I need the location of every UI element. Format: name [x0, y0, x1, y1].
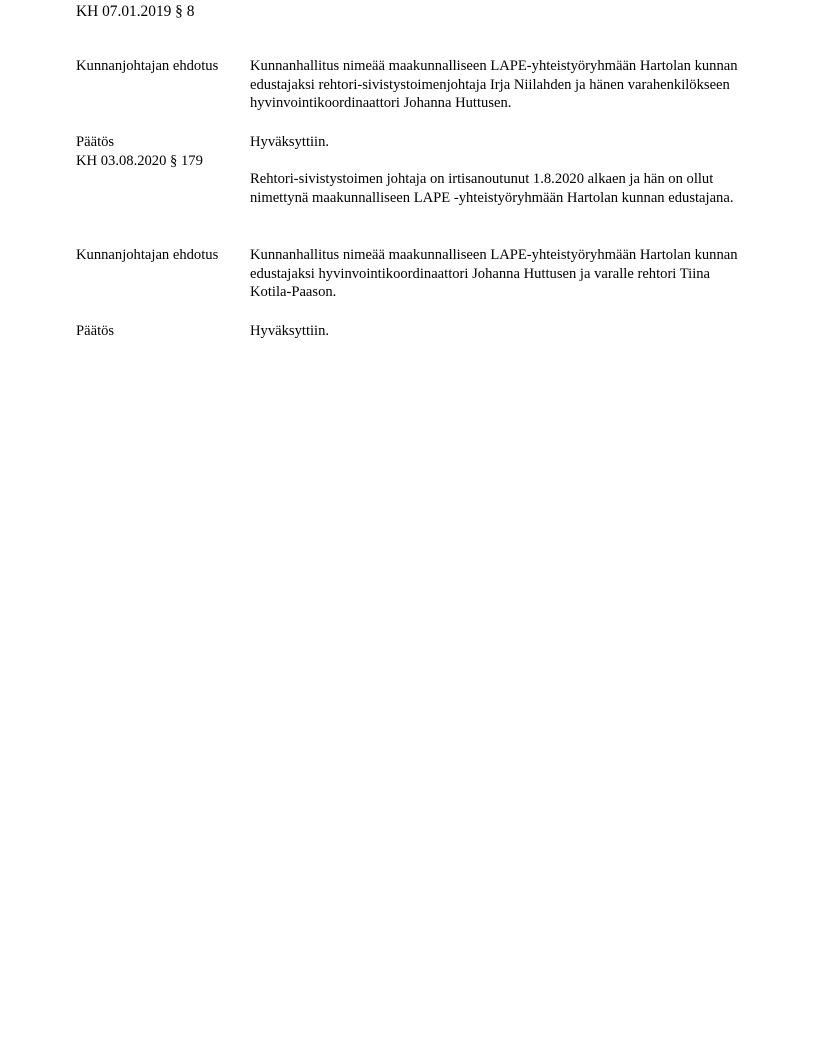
meeting-reference-heading: KH 07.01.2019 § 8 — [76, 2, 194, 21]
label-decision: Päätös — [76, 133, 250, 152]
section-content: Kunnanhallitus nimeää maakunnalliseen LA… — [250, 57, 750, 113]
section-label: Kunnanjohtajan ehdotus — [76, 57, 250, 76]
section-label: Päätös KH 03.08.2020 § 179 — [76, 133, 250, 170]
label-proposal: Kunnanjohtajan ehdotus — [76, 246, 250, 265]
background-text: Rehtori-sivistystoimen johtaja on irtisa… — [250, 170, 750, 207]
section-content: Hyväksyttiin. — [250, 322, 750, 341]
section-label: Kunnanjohtajan ehdotus — [76, 246, 250, 265]
proposal-text: Kunnanhallitus nimeää maakunnalliseen LA… — [250, 57, 750, 113]
label-proposal: Kunnanjohtajan ehdotus — [76, 57, 250, 76]
label-decision: Päätös — [76, 322, 250, 341]
decision-text: Hyväksyttiin. — [250, 133, 750, 152]
proposal-text: Kunnanhallitus nimeää maakunnalliseen LA… — [250, 246, 750, 302]
decision-text: Hyväksyttiin. — [250, 322, 750, 341]
section-content: Hyväksyttiin. Rehtori-sivistystoimen joh… — [250, 133, 750, 207]
section-content: Kunnanhallitus nimeää maakunnalliseen LA… — [250, 246, 750, 302]
label-meeting-reference: KH 03.08.2020 § 179 — [76, 152, 250, 171]
section-label: Päätös — [76, 322, 250, 341]
